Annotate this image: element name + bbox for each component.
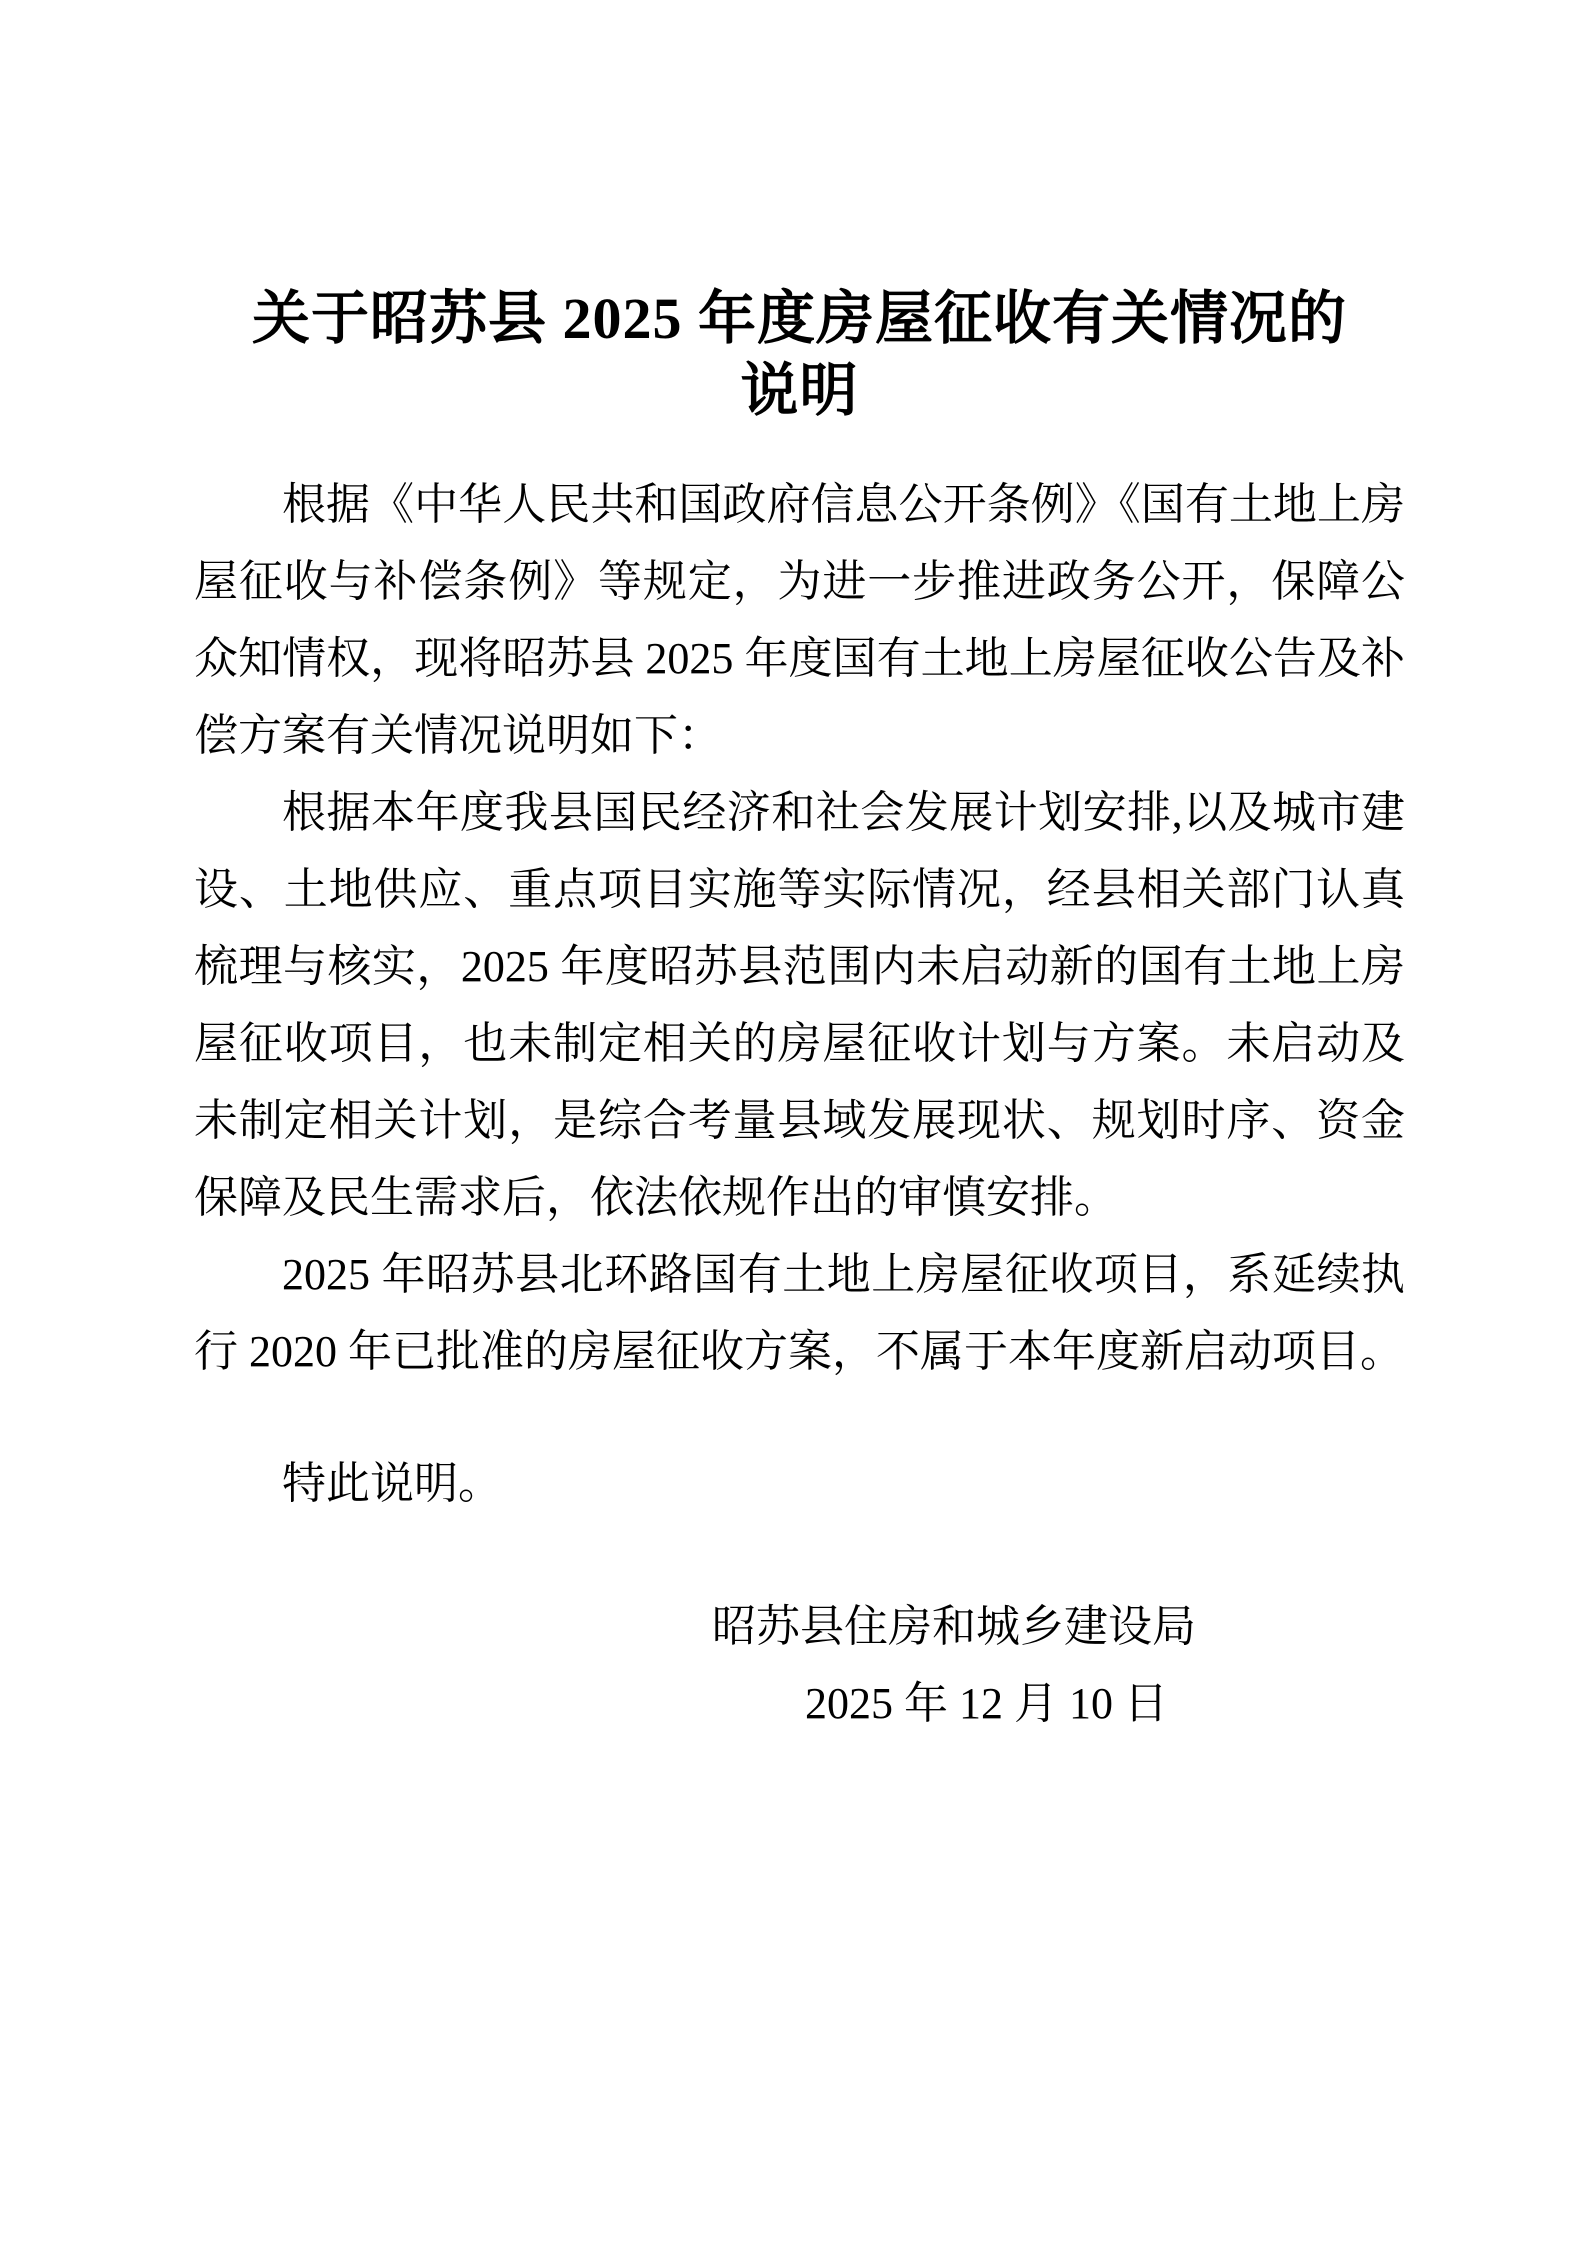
closing-note: 特此说明。 (194, 1445, 1405, 1522)
document-paragraphs: 根据《中华人民共和国政府信息公开条例》《国有土地上房屋征收与补偿条例》等规定，为… (194, 466, 1405, 1522)
paragraph-explanation: 根据本年度我县国民经济和社会发展计划安排,以及城市建设、土地供应、重点项目实施等… (194, 774, 1405, 1236)
document-page: 关于昭苏县 2025 年度房屋征收有关情况的 说明 根据《中华人民共和国政府信息… (0, 0, 1587, 2245)
title-line-1: 关于昭苏县 2025 年度房屋征收有关情况的 (194, 283, 1405, 355)
title-line-2: 说明 (194, 355, 1405, 427)
document-title: 关于昭苏县 2025 年度房屋征收有关情况的 说明 (194, 283, 1405, 427)
document-body: 关于昭苏县 2025 年度房屋征收有关情况的 说明 根据《中华人民共和国政府信息… (194, 0, 1405, 1742)
signature-date: 2025 年 12 月 10 日 (194, 1665, 1405, 1742)
paragraph-project-note: 2025 年昭苏县北环路国有土地上房屋征收项目，系延续执行 2020 年已批准的… (194, 1236, 1405, 1390)
paragraph-intro: 根据《中华人民共和国政府信息公开条例》《国有土地上房屋征收与补偿条例》等规定，为… (194, 466, 1405, 774)
signature-block: 昭苏县住房和城乡建设局 2025 年 12 月 10 日 (194, 1588, 1405, 1742)
signature-agency: 昭苏县住房和城乡建设局 (194, 1588, 1405, 1665)
